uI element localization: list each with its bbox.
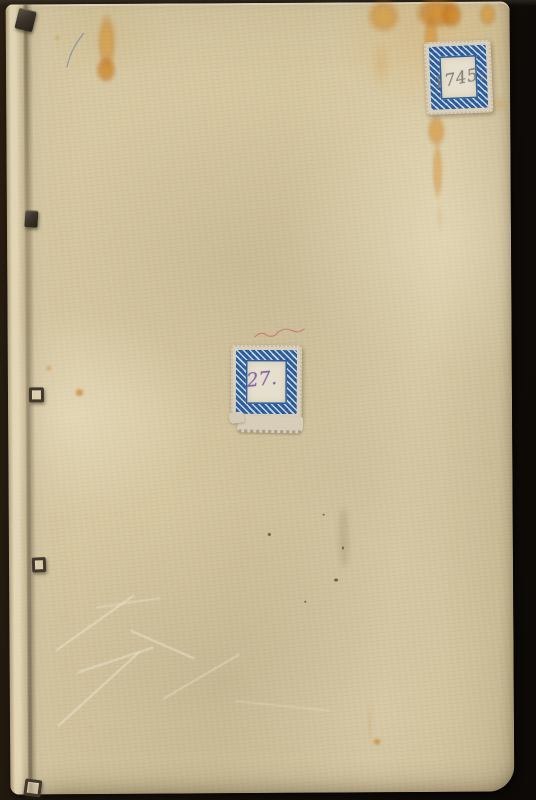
rust-stain-drip xyxy=(431,140,443,202)
crease-line xyxy=(57,651,140,727)
rust-stain xyxy=(370,38,392,90)
label-remnant xyxy=(237,415,303,433)
red-scribble xyxy=(243,323,313,343)
rust-stain-drip xyxy=(95,56,117,84)
shelf-label-panel: 27. xyxy=(246,360,287,404)
grime-smudge xyxy=(339,507,349,567)
rust-spot xyxy=(165,788,171,792)
ink-speck xyxy=(334,579,338,582)
rust-spot xyxy=(46,365,52,371)
shelf-label: 27. xyxy=(231,345,302,419)
crease-line xyxy=(235,700,330,711)
clasp-upper xyxy=(24,210,38,228)
rust-stain-drip xyxy=(436,198,444,238)
rust-spot xyxy=(75,388,84,397)
clasp-bottom xyxy=(23,778,42,797)
shelf-label-text: 27. xyxy=(246,367,278,392)
ink-speck xyxy=(304,601,306,603)
rust-stain xyxy=(492,93,508,113)
crease-line xyxy=(163,653,240,699)
book-cover: 1745. 27. xyxy=(6,1,515,794)
rust-stain xyxy=(478,2,498,28)
crease-line xyxy=(130,630,195,660)
crease-line xyxy=(77,646,154,673)
label-remnant xyxy=(228,411,244,424)
year-label-panel: 1745. xyxy=(439,55,478,99)
ink-speck xyxy=(268,533,271,536)
pen-mark xyxy=(58,29,94,73)
year-label: 1745. xyxy=(424,39,494,115)
clasp-lower xyxy=(32,557,47,573)
rust-stain xyxy=(366,0,402,34)
ink-speck xyxy=(323,514,325,516)
clasp-middle xyxy=(29,387,44,402)
rust-spot xyxy=(87,725,93,730)
photograph-backdrop: 1745. 27. xyxy=(0,0,536,800)
rust-spot xyxy=(373,738,381,745)
rust-streak xyxy=(368,698,372,746)
rust-stain xyxy=(440,0,464,30)
